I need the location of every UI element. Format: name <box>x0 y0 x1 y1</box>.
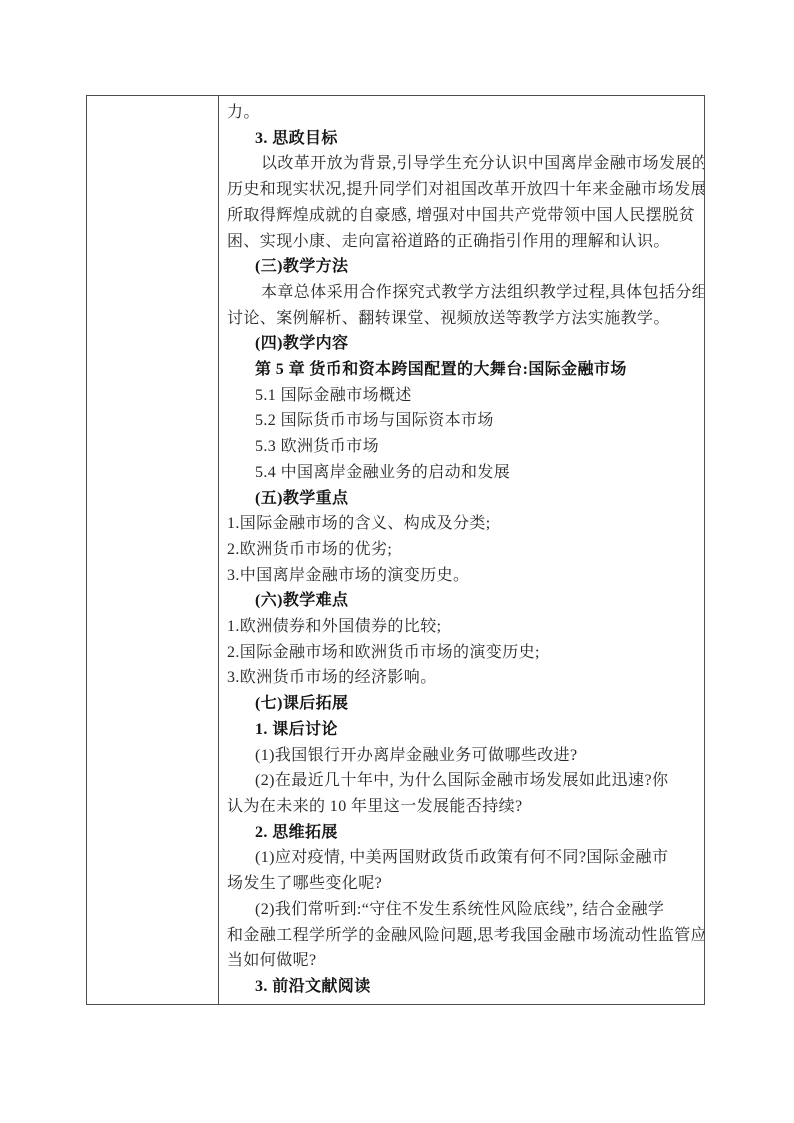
text-line: 力。 <box>227 100 702 126</box>
text-line: 困、实现小康、走向富裕道路的正确指引作用的理解和认识。 <box>227 229 702 255</box>
text-line: 场发生了哪些变化呢? <box>227 871 702 897</box>
text-line: (1)应对疫情, 中美两国财政货币政策有何不同?国际金融市 <box>227 845 702 871</box>
heading-line: 第 5 章 货币和资本跨国配置的大舞台:国际金融市场 <box>227 357 702 383</box>
text-line: 认为在未来的 10 年里这一发展能否持续? <box>227 794 702 820</box>
text-line: 和金融工程学所学的金融风险问题,思考我国金融市场流动性监管应 <box>227 923 702 949</box>
table-left-cell <box>87 96 219 1004</box>
text-line: 3.中国离岸金融市场的演变历史。 <box>227 563 702 589</box>
text-line: 5.4 中国离岸金融业务的启动和发展 <box>227 460 702 486</box>
text-line: 本章总体采用合作探究式教学方法组织教学过程,具体包括分组 <box>227 280 702 306</box>
table-content-cell: 力。3. 思政目标以改革开放为背景,引导学生充分认识中国离岸金融市场发展的历史和… <box>219 96 704 1004</box>
text-line: 以改革开放为背景,引导学生充分认识中国离岸金融市场发展的 <box>227 151 702 177</box>
text-line: 所取得辉煌成就的自豪感, 增强对中国共产党带领中国人民摆脱贫 <box>227 203 702 229</box>
heading-line: 3. 思政目标 <box>227 126 702 152</box>
text-line: (1)我国银行开办离岸金融业务可做哪些改进? <box>227 743 702 769</box>
document-page: 力。3. 思政目标以改革开放为背景,引导学生充分认识中国离岸金融市场发展的历史和… <box>0 0 794 1123</box>
text-line: 3.欧洲货币市场的经济影响。 <box>227 665 702 691</box>
lesson-plan-table: 力。3. 思政目标以改革开放为背景,引导学生充分认识中国离岸金融市场发展的历史和… <box>86 95 705 1005</box>
text-line: 1.国际金融市场的含义、构成及分类; <box>227 511 702 537</box>
text-line: (2)在最近几十年中, 为什么国际金融市场发展如此迅速?你 <box>227 768 702 794</box>
heading-line: (三)教学方法 <box>227 254 702 280</box>
text-line: 2.国际金融市场和欧洲货币市场的演变历史; <box>227 640 702 666</box>
text-line: 5.1 国际金融市场概述 <box>227 383 702 409</box>
heading-line: 1. 课后讨论 <box>227 717 702 743</box>
text-line: 讨论、案例解析、翻转课堂、视频放送等教学方法实施教学。 <box>227 306 702 332</box>
text-line: 2.欧洲货币市场的优劣; <box>227 537 702 563</box>
text-line: 1.欧洲债券和外国债券的比较; <box>227 614 702 640</box>
heading-line: (七)课后拓展 <box>227 691 702 717</box>
text-line: 历史和现实状况,提升同学们对祖国改革开放四十年来金融市场发展 <box>227 177 702 203</box>
text-line: 当如何做呢? <box>227 948 702 974</box>
text-line: (2)我们常听到:“守住不发生系统性风险底线”, 结合金融学 <box>227 897 702 923</box>
heading-line: 2. 思维拓展 <box>227 820 702 846</box>
heading-line: 3. 前沿文献阅读 <box>227 974 702 1000</box>
text-line: 5.3 欧洲货币市场 <box>227 434 702 460</box>
heading-line: (六)教学难点 <box>227 588 702 614</box>
heading-line: (四)教学内容 <box>227 331 702 357</box>
heading-line: (五)教学重点 <box>227 486 702 512</box>
text-line: 5.2 国际货币市场与国际资本市场 <box>227 408 702 434</box>
